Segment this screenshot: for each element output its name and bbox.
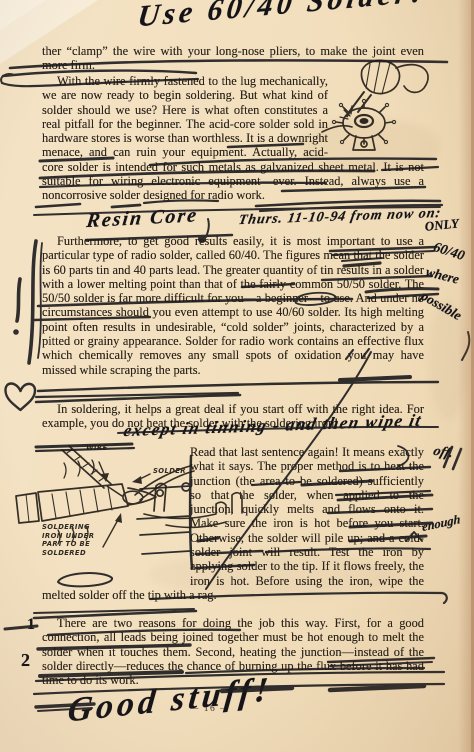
handwriting-number-2: 2 [21,650,30,671]
handwriting-enough: enough [422,512,461,535]
paragraph-6040-solder: Furthermore, to get good results easily,… [42,234,424,377]
handwriting-number-1: 1 [27,616,35,634]
figure-label-soldering-iron: SOLDERING IRON UNDER PART TO BE SOLDERED [42,523,106,557]
figure-socket-spacer [328,74,424,146]
handwriting-margin-only: ONLY [424,215,460,234]
figure-label-wire: WIRE [86,444,108,453]
paragraph-what-solder: With the wire firmly fastened to the lug… [42,74,424,203]
figure-label-solder: SOLDER [153,467,186,476]
page-fold-corner-inner [0,0,46,30]
book-page-scan: ther “clamp” the wire with your long-nos… [0,0,474,752]
handwriting-off: off. [431,444,455,462]
handwriting-resin-core: Resin Core [85,204,199,233]
handwriting-date-note: Thurs. 11-10-94 from now on: [237,206,442,229]
handwriting-margin-where: where [424,264,461,288]
handwriting-use-6040-solder: Use 60/40 Solder! [136,0,429,35]
paragraph-clamp-wire: ther “clamp” the wire with your long-nos… [42,44,424,73]
